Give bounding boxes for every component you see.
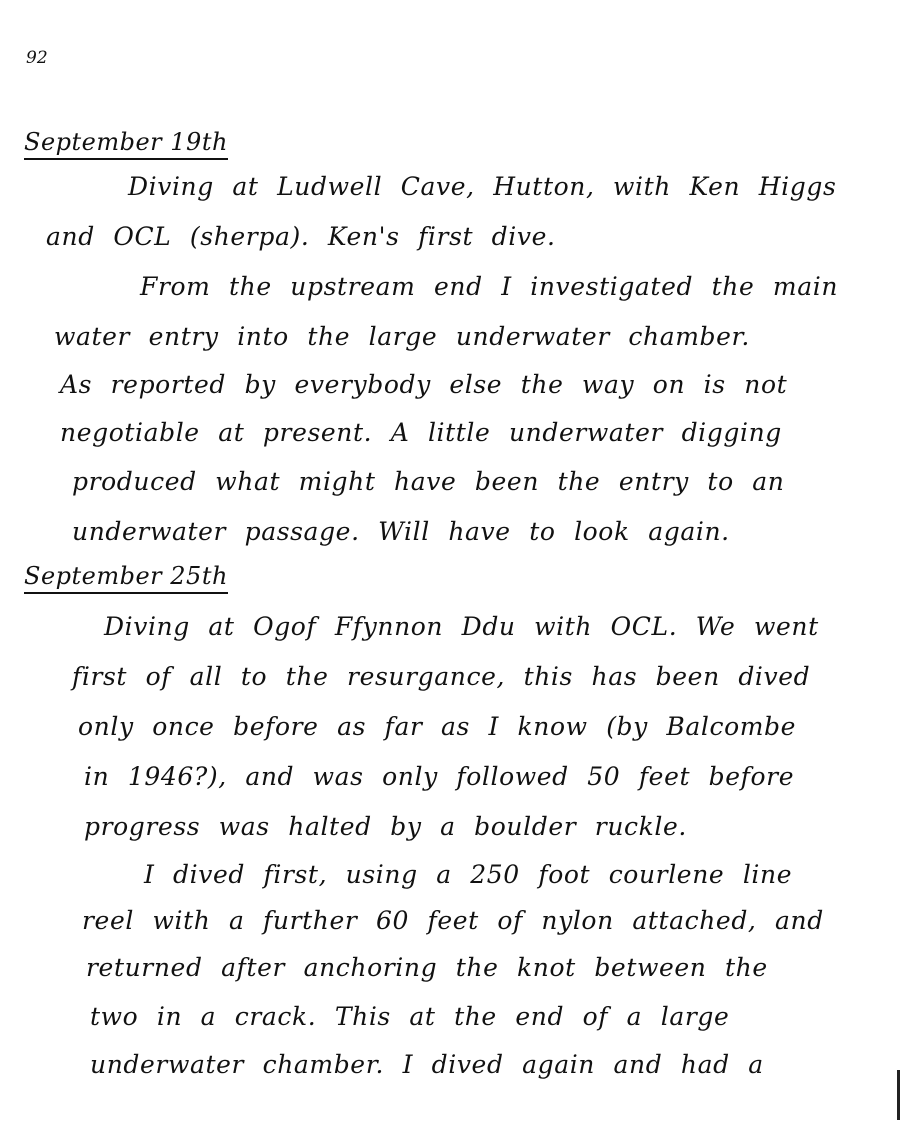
entry-date-heading: September 25th	[24, 562, 228, 594]
text-line: returned after anchoring the knot betwee…	[86, 953, 768, 982]
text-line: in 1946?), and was only followed 50 feet…	[84, 762, 794, 791]
text-line: produced what might have been the entry …	[72, 467, 784, 496]
text-line: I dived first, using a 250 foot courlene…	[144, 860, 792, 889]
text-line: water entry into the large underwater ch…	[54, 322, 750, 351]
text-line: progress was halted by a boulder ruckle.	[84, 812, 687, 841]
text-line: negotiable at present. A little underwat…	[60, 418, 782, 447]
text-line: Diving at Ogof Ffynnon Ddu with OCL. We …	[104, 612, 819, 641]
text-line: underwater chamber. I dived again and ha…	[90, 1050, 764, 1079]
page-number: 92	[26, 48, 48, 68]
text-line: reel with a further 60 feet of nylon att…	[82, 906, 824, 935]
text-line: From the upstream end I investigated the…	[140, 272, 838, 301]
text-line: only once before as far as I know (by Ba…	[78, 712, 796, 741]
text-line: two in a crack. This at the end of a lar…	[90, 1002, 729, 1031]
text-line: and OCL (sherpa). Ken's first dive.	[46, 222, 556, 251]
text-line: As reported by everybody else the way on…	[60, 370, 787, 399]
entry-date-heading: September 19th	[24, 128, 228, 160]
text-line: Diving at Ludwell Cave, Hutton, with Ken…	[128, 172, 836, 201]
text-line: first of all to the resurgance, this has…	[72, 662, 810, 691]
text-line: underwater passage. Will have to look ag…	[72, 517, 730, 546]
